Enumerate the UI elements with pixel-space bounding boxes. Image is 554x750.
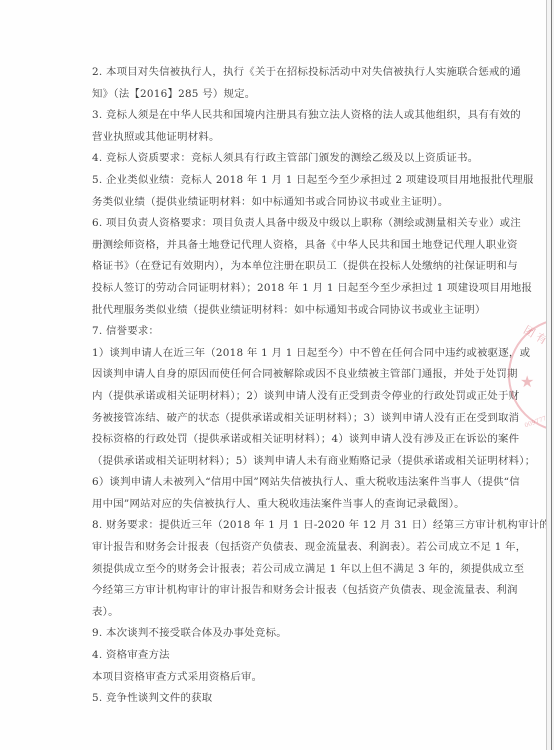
text-line: 务被接管冻结、破产的状态（提供承诺或相关证明材料）；3）谈判申请人没有正在受到取… — [92, 408, 472, 430]
section-heading: 4. 资格审查方法 — [92, 645, 472, 667]
text-line: 3. 竞标人须是在中华人民共和国境内注册具有独立法人资格的法人或其他组织，具有有… — [92, 105, 472, 127]
text-line: （提供承诺或相关证明材料）；5）谈判申请人未有商业贿赂记录（提供承诺或相关证明材… — [92, 451, 472, 473]
text-line: 内（提供承诺或相关证明材料）；2）谈判申请人没有正受到责令停业的行政处罚或正处于… — [92, 386, 472, 408]
text-line: 8. 财务要求：提供近三年（2018 年 1 月 1 日-2020 年 12 月… — [92, 515, 472, 537]
page-edge-border — [546, 0, 554, 750]
text-line: 格证书》（在登记有效期内），为本单位注册在职员工（提供在投标人处缴纳的社保证明和… — [92, 256, 472, 278]
text-line: 6）谈判申请人未被列入“信用中国”网站失信被执行人、重大税收违法案件当事人（提供… — [92, 472, 472, 494]
text-line: 今经第三方审计机构审计的审计报告和财务会计报表（包括资产负债表、现金流量表、利润 — [92, 580, 472, 602]
text-line: 7. 信誉要求： — [92, 321, 472, 343]
document-page: 2. 本项目对失信被执行人，执行《关于在招标投标活动中对失信被执行人实施联合惩戒… — [0, 0, 547, 750]
text-line: 9. 本次谈判不接受联合体及办事处竞标。 — [92, 623, 472, 645]
document-body: 2. 本项目对失信被执行人，执行《关于在招标投标活动中对失信被执行人实施联合惩戒… — [92, 62, 472, 710]
section-heading: 5. 竞争性谈判文件的获取 — [92, 688, 472, 710]
text-line: 6. 项目负责人资格要求：项目负责人具备中级及中级以上职称（测绘或测量相关专业）… — [92, 213, 472, 235]
text-line: 1）谈判申请人在近三年（2018 年 1 月 1 日起至今）中不曾在任何合同中违… — [92, 343, 472, 365]
stamp-star-icon: ★ — [520, 372, 534, 391]
text-line: 知》（法【2016】285 号）规定。 — [92, 84, 472, 106]
text-line: 须提供成立至今的财务会计报表；若公司成立满足 1 年以上但不满足 3 年的，须提… — [92, 559, 472, 581]
text-line: 投标人签订的劳动合同证明材料）；2018 年 1 月 1 日起至今至少承担过 1… — [92, 278, 472, 300]
text-line: 本项目资格审查方式采用资格后审。 — [92, 667, 472, 689]
text-line: 审计报告和财务会计报表（包括资产负债表、现金流量表、利润表）。若公司成立不足 1… — [92, 537, 472, 559]
text-line: 4. 竞标人资质要求：竞标人须具有行政主管部门颁发的测绘乙级及以上资质证书。 — [92, 148, 472, 170]
text-line: 因谈判申请人自身的原因而使任何合同被解除或因不良业绩被主管部门通报，并处于处罚期 — [92, 364, 472, 386]
text-line: 务类似业绩（提供业绩证明材料：如中标通知书或合同协议书或业主证明）。 — [92, 192, 472, 214]
text-line: 批代理服务类似业绩（提供业绩证明材料：如中标通知书或合同协议书或业主证明） — [92, 300, 472, 322]
text-line: 册测绘师资格，并具备土地登记代理人资格，具备《中华人民共和国土地登记代理人职业资 — [92, 235, 472, 257]
text-line: 表）。 — [92, 602, 472, 624]
text-line: 投标资格的行政处罚（提供承诺或相关证明材料）；4）谈判申请人没有涉及正在诉讼的案… — [92, 429, 472, 451]
text-line: 营业执照或其他证明材料。 — [92, 127, 472, 149]
text-line: 用中国”网站对应的失信被执行人、重大税收违法案件当事人的查询记录截图）。 — [92, 494, 472, 516]
text-line: 2. 本项目对失信被执行人，执行《关于在招标投标活动中对失信被执行人实施联合惩戒… — [92, 62, 472, 84]
text-line: 5. 企业类似业绩：竞标人 2018 年 1 月 1 日起至今至少承担过 2 项… — [92, 170, 472, 192]
